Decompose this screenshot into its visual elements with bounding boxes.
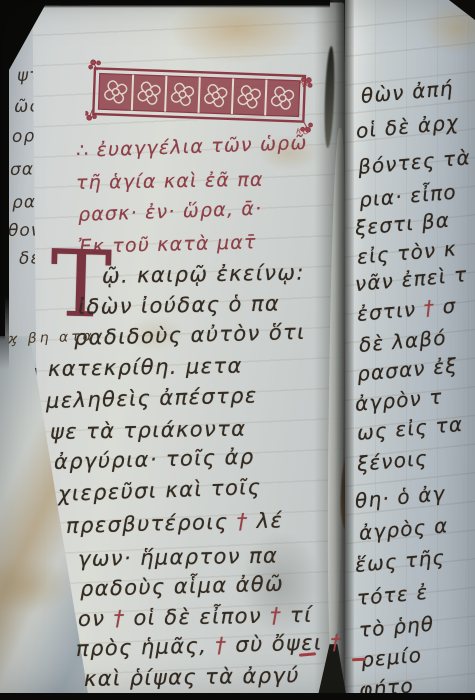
right-page-line: ἐστιν † σ xyxy=(356,293,457,326)
right-page-line: ως εἰς τα xyxy=(356,412,464,445)
right-page-line: ἕως τῆς xyxy=(354,545,446,577)
photo-edge-left xyxy=(0,0,9,370)
right-page-line: θὼν ἀπή xyxy=(360,76,455,108)
right-page: θὼν ἀπή οἱ δὲ ἀρχ βόντες τὰ ρια· εἶπο ξε… xyxy=(345,0,475,700)
text-line: ψε τὰ τριάκοντα xyxy=(50,417,247,444)
interlace-headpiece xyxy=(85,56,316,142)
margin-note: ϗ βη ατα xyxy=(8,328,95,347)
manuscript-photo: ψτε ῶς ορα σαν ρα θον· δε θὼν ἀπή οἱ δὲ … xyxy=(0,0,475,700)
text-line: καὶ ῥίψας τὰ ἀργύ xyxy=(84,663,300,691)
right-page-line: ρια· εἶπο xyxy=(358,180,458,212)
gutter-mark: κε xyxy=(298,77,313,90)
right-page-line: θη· ὁ ἀγ xyxy=(354,481,447,513)
gutter-mark: κδ xyxy=(296,126,311,138)
right-page-line: ἀγρὸν τ xyxy=(354,384,444,416)
right-page-line: ἀγρὸς α xyxy=(358,513,449,545)
right-page-line: ρεμίο xyxy=(360,643,423,672)
right-page-line: οἱ δὲ ἀρχ xyxy=(355,110,460,143)
text-line: ἰδὼν ἰούδας ὁ πα xyxy=(78,291,281,319)
photo-edge-top xyxy=(0,0,330,8)
rubric-line: τῆ ἁγία καὶ ἐᾶ πα xyxy=(76,169,264,194)
text-line: γων· ἥμαρτον πα xyxy=(78,544,279,571)
right-page-line: βόντες τὰ xyxy=(357,145,472,179)
right-page-line: τὸ ῥηθ xyxy=(358,611,435,641)
text-line: ῷ. καιρῷ ἐκείνῳ: xyxy=(102,260,305,288)
right-page-line: ξεστι βα xyxy=(354,208,451,240)
right-page-line: τότε ἐ xyxy=(356,580,429,610)
photo-edge-bottom xyxy=(0,693,475,700)
right-page-line: ρασαν ἐξ xyxy=(356,353,459,386)
text-line: κατεκρίθη. μετα xyxy=(48,354,243,381)
text-line: ον † οἱ δὲ εἶπον † τί xyxy=(78,603,313,631)
right-page-line: ξένοις xyxy=(356,446,429,476)
margin-fragment: ρα xyxy=(12,192,37,213)
right-page-line: δὲ λαβό xyxy=(358,325,448,357)
